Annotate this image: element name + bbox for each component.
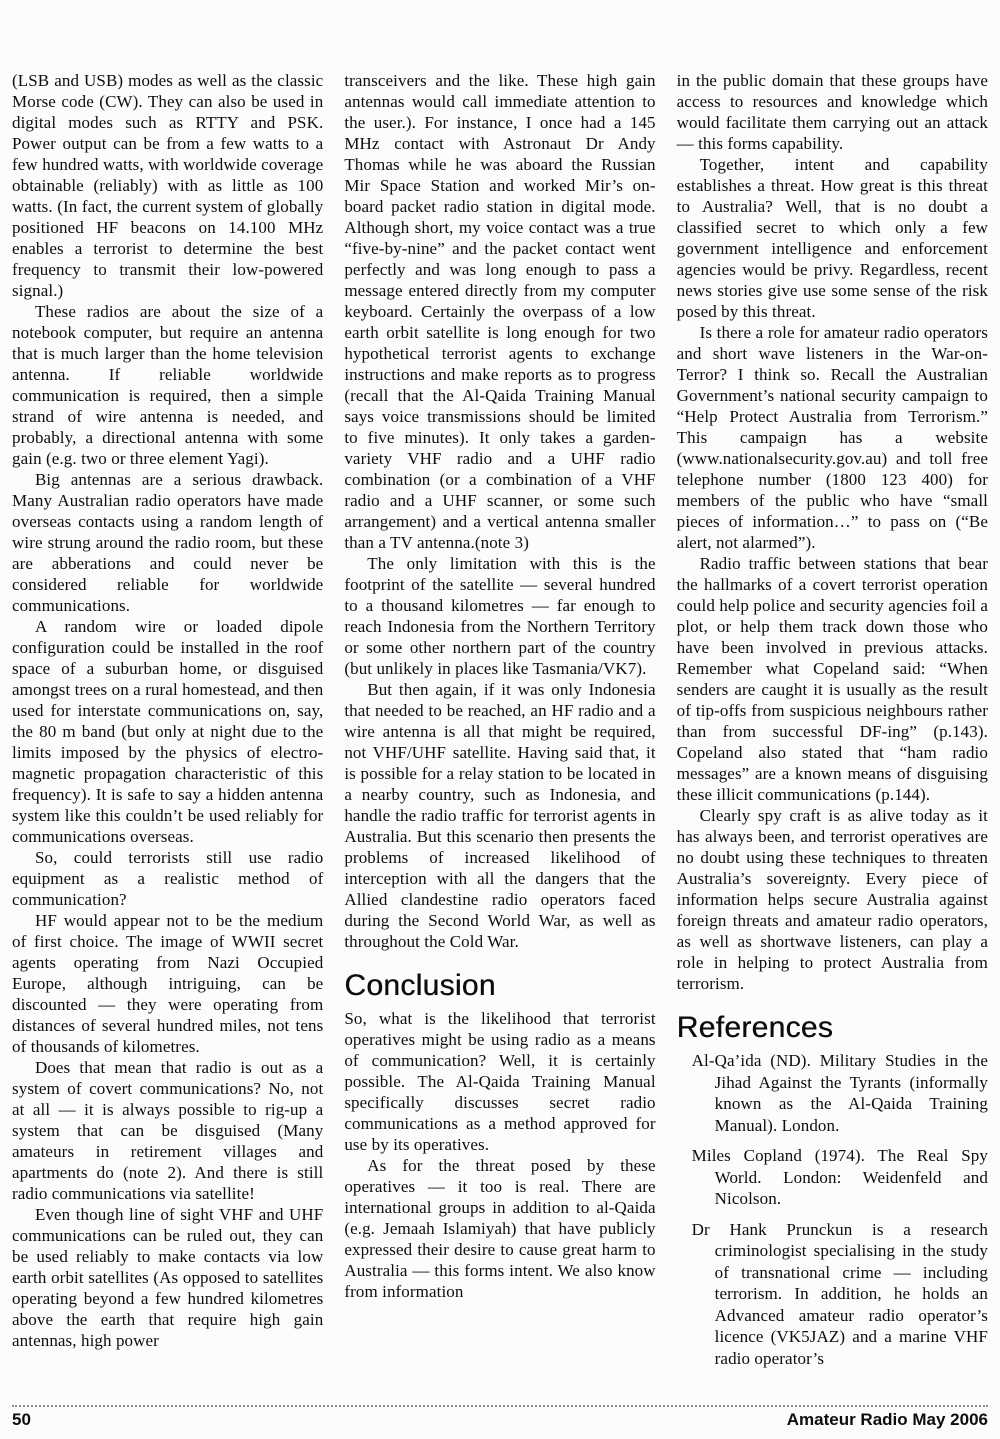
paragraph: As for the threat posed by these operati… xyxy=(344,1155,655,1302)
column-1: (LSB and USB) modes as well as the class… xyxy=(12,70,323,1378)
page-footer: 50 Amateur Radio May 2006 xyxy=(12,1405,988,1439)
column-2: transceivers and the like. These high ga… xyxy=(344,70,655,1378)
column-3: in the public domain that these groups h… xyxy=(677,70,988,1378)
paragraph: transceivers and the like. These high ga… xyxy=(344,70,655,553)
article-body: (LSB and USB) modes as well as the class… xyxy=(12,70,988,1378)
reference-item: Dr Hank Prunckun is a research criminolo… xyxy=(677,1219,988,1370)
paragraph: So, what is the likelihood that terroris… xyxy=(344,1008,655,1155)
reference-item: Miles Copland (1974). The Real Spy World… xyxy=(677,1145,988,1210)
page-number: 50 xyxy=(12,1410,31,1430)
paragraph: Together, intent and capability establis… xyxy=(677,154,988,322)
conclusion-heading: Conclusion xyxy=(344,969,655,1003)
paragraph: Does that mean that radio is out as a sy… xyxy=(12,1057,323,1204)
paragraph: Clearly spy craft is as alive today as i… xyxy=(677,805,988,994)
magazine-page: (LSB and USB) modes as well as the class… xyxy=(0,0,1000,1439)
paragraph: Radio traffic between stations that bear… xyxy=(677,553,988,805)
issue-label: Amateur Radio May 2006 xyxy=(787,1410,988,1430)
paragraph: Is there a role for amateur radio operat… xyxy=(677,322,988,553)
paragraph: Big antennas are a serious drawback. Man… xyxy=(12,469,323,616)
reference-item: Al-Qa’ida (ND). Military Studies in the … xyxy=(677,1050,988,1136)
references-heading: References xyxy=(677,1011,988,1045)
paragraph: (LSB and USB) modes as well as the class… xyxy=(12,70,323,301)
paragraph: HF would appear not to be the medium of … xyxy=(12,910,323,1057)
paragraph: But then again, if it was only Indonesia… xyxy=(344,679,655,952)
reference-list: Al-Qa’ida (ND). Military Studies in the … xyxy=(677,1050,988,1369)
paragraph: Even though line of sight VHF and UHF co… xyxy=(12,1204,323,1351)
paragraph: A random wire or loaded dipole configura… xyxy=(12,616,323,847)
paragraph: So, could terrorists still use radio equ… xyxy=(12,847,323,910)
paragraph: The only limitation with this is the foo… xyxy=(344,553,655,679)
paragraph: These radios are about the size of a not… xyxy=(12,301,323,469)
paragraph: in the public domain that these groups h… xyxy=(677,70,988,154)
